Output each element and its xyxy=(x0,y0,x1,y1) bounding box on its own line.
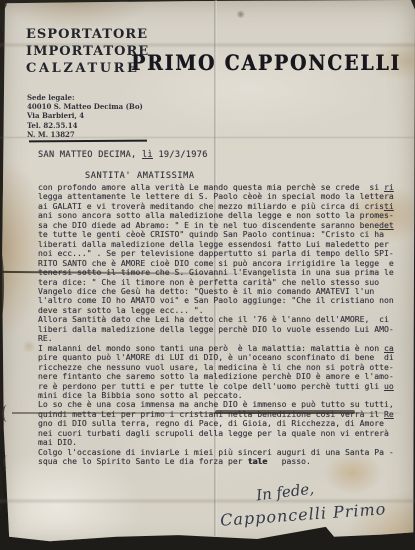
body-text-segment: liberi dalla maledizione della legge per… xyxy=(38,324,394,334)
letterhead-line: ESPORTATORE xyxy=(26,26,149,43)
body-line: nei cuori turbati dagli scrupoli della l… xyxy=(38,429,408,438)
salutation: SANTITA' AMATISSIMA xyxy=(85,171,195,181)
date-li: lì xyxy=(142,150,153,160)
letter-body: con profondo amore alla verità Le mando … xyxy=(38,183,408,467)
torn-edge-mark xyxy=(0,26,3,70)
pen-mark xyxy=(2,405,12,422)
torn-edge-mark xyxy=(0,150,3,212)
body-text-segment: Re xyxy=(384,409,394,419)
date-value: 19/3/1976 xyxy=(153,150,208,160)
address-lines: 40010 S. Matteo Decima (Bo)Via Barbieri,… xyxy=(27,102,143,139)
body-text-segment: nei cuori turbati dagli scrupoli della l… xyxy=(38,428,389,438)
address-line: Tel. 82.55.14 xyxy=(27,121,143,130)
address-line: N. M. 13827 xyxy=(27,130,143,139)
address-line: Via Barbieri, 4 xyxy=(27,111,143,120)
body-text-segment: passo. xyxy=(267,456,311,466)
torn-edge-mark xyxy=(0,466,3,512)
legal-address-block: Sede legale: 40010 S. Matteo Decima (Bo)… xyxy=(27,93,143,139)
body-line: squa che lo Spirito Santo Le dia forza p… xyxy=(38,457,408,466)
address-label: Sede legale: xyxy=(27,93,143,102)
company-name: PRIMO CAPPONCELLI xyxy=(131,50,401,75)
body-text-segment: squa che lo Spirito Santo Le dia forza p… xyxy=(38,456,248,466)
body-line: liberi dalla maledizione della legge per… xyxy=(38,325,408,334)
body-text-segment: uo xyxy=(384,381,394,391)
place-name: SAN MATTEO DECIMA, xyxy=(38,150,142,160)
scanned-letter: ESPORTATOREIMPORTATORECALZATURE PRIMO CA… xyxy=(0,0,415,550)
date-line: SAN MATTEO DECIMA, lì 19/3/1976 xyxy=(38,150,208,160)
body-text-segment: tale xyxy=(248,456,268,466)
address-line: 40010 S. Matteo Decima (Bo) xyxy=(27,102,143,111)
pen-mark xyxy=(3,455,11,468)
